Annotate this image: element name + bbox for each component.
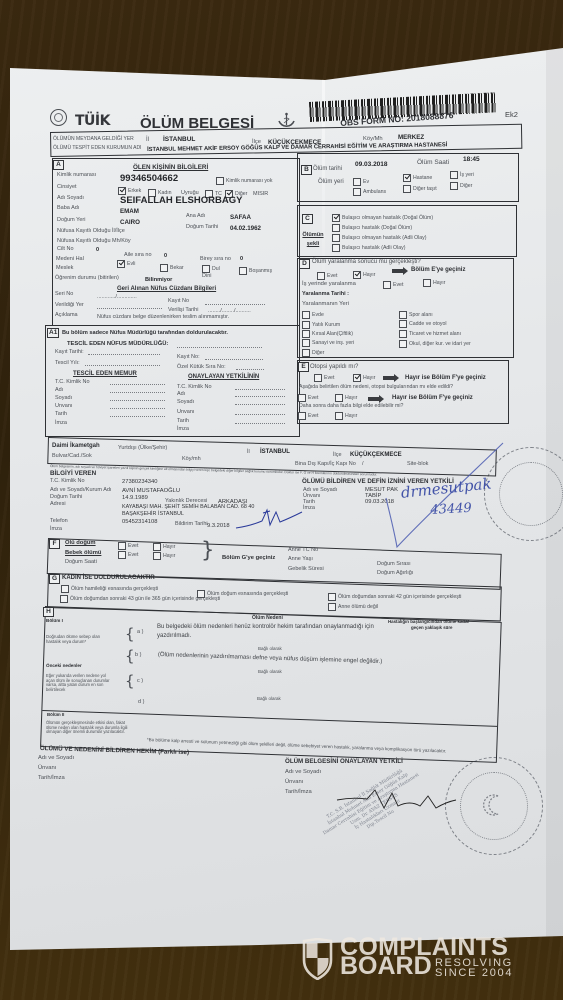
watermark-tagline-2: SINCE 2004 [435,968,513,979]
complaints-board-shield-icon [302,938,333,980]
signature-strokes [0,0,563,1000]
photo-stage: TÜİK ÖLÜM BELGESİ Ek2 ÖBS FORM NO: 20180… [0,0,563,1000]
authorizer-handwritten-number: 43449 [430,501,472,518]
certificate-content: TÜİK ÖLÜM BELGESİ Ek2 ÖBS FORM NO: 20180… [0,0,563,1000]
watermark-line-2: BOARD [340,954,432,979]
official-signature [337,790,456,808]
informant-signature [236,510,302,528]
